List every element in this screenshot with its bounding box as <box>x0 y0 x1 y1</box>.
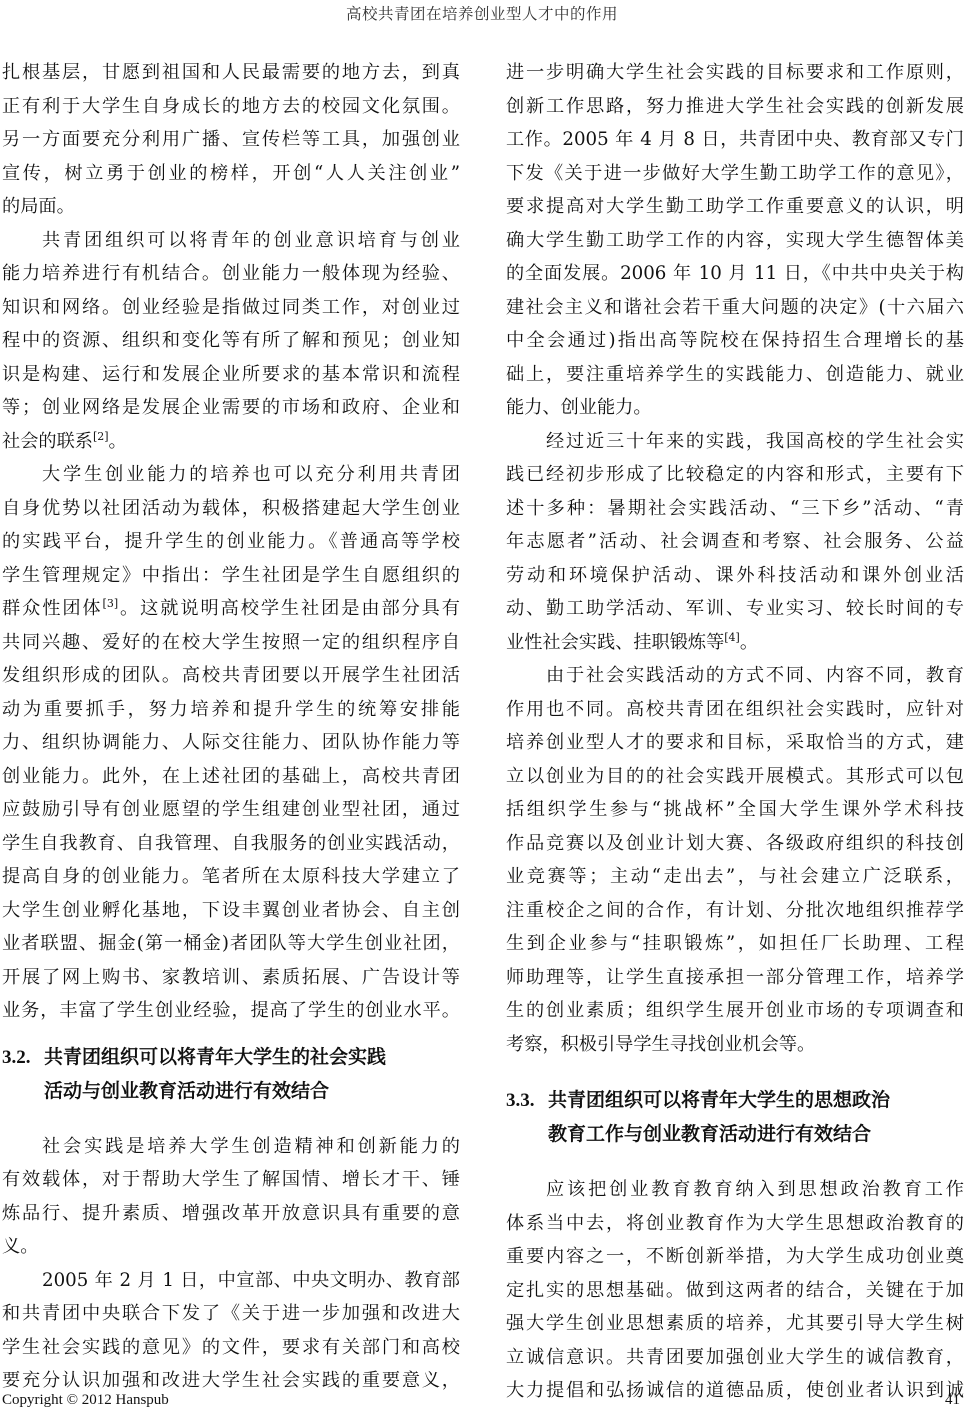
text-line: 述十多种：暑期社会实践活动、“三下乡”活动、“青 <box>506 492 964 526</box>
text-line: 和共青团中央联合下发了《关于进一步加强和改进大 <box>2 1297 460 1331</box>
text-line: 中全会通过)指出高等院校在保持招生合理增长的基 <box>506 324 964 358</box>
text-line: 年志愿者”活动、社会调查和考察、社会服务、公益 <box>506 525 964 559</box>
text-line: 础上，要注重培养学生的实践能力、创造能力、就业 <box>506 358 964 392</box>
text-line: 重要内容之一，不断创新举措，为大学生成功创业奠 <box>506 1240 964 1274</box>
text-line: 大学生创业孵化基地，下设丰翼创业者协会、自主创 <box>2 894 460 928</box>
text-line: 学生自我教育、自我管理、自我服务的创业实践活动， <box>2 827 460 861</box>
text-line: 创业能力。此外，在上述社团的基础上，高校共青团 <box>2 760 460 794</box>
text-line: 开展了网上购书、家教培训、素质拓展、广告设计等 <box>2 961 460 995</box>
text-line: 2005 年 2 月 1 日，中宣部、中央文明办、教育部 <box>2 1264 460 1298</box>
text-line: 群众性团体[3]。这就说明高校学生社团是由部分具有 <box>2 592 460 626</box>
running-header: 高校共青团在培养创业型人才中的作用 <box>0 2 964 24</box>
paragraph: 应该把创业教育教育纳入到思想政治教育工作 体系当中去，将创业教育作为大学生思想政… <box>506 1173 964 1408</box>
text-line: 括组织学生参与“挑战杯”全国大学生课外学术科技 <box>506 793 964 827</box>
heading-line: 3.3.共青团组织可以将青年大学生的思想政治 <box>506 1083 964 1117</box>
text-line: 等；创业网络是发展企业需要的市场和政府、企业和 <box>2 391 460 425</box>
text-line: 学生管理规定》中指出：学生社团是学生自愿组织的 <box>2 559 460 593</box>
text-line: 注重校企之间的合作，有计划、分批次地组织推荐学 <box>506 894 964 928</box>
text-line: 学生社会实践的意见》的文件，要求有关部门和高校 <box>2 1331 460 1365</box>
text-line: 扎根基层，甘愿到祖国和人民最需要的地方去，到真 <box>2 56 460 90</box>
text-line: 师助理等，让学生直接承担一部分管理工作，培养学 <box>506 961 964 995</box>
text-span: 社会的联系 <box>2 431 93 452</box>
text-line: 社会实践是培养大学生创造精神和创新能力的 <box>2 1130 460 1164</box>
text-line: 践已经初步形成了比较稳定的内容和形式，主要有下 <box>506 458 964 492</box>
text-line: 的实践平台，提升学生的创业能力。《普通高等学校 <box>2 525 460 559</box>
text-line: 确大学生勤工助学工作的内容，实现大学生德智体美 <box>506 224 964 258</box>
text-line: 下发《关于进一步做好大学生勤工助学工作的意见》， <box>506 157 964 191</box>
text-line: 作用也不同。高校共青团在组织社会实践时，应针对 <box>506 693 964 727</box>
text-line: 正有利于大学生自身成长的地方去的校园文化氛围。 <box>2 90 460 124</box>
text-line: 经过近三十年来的实践，我国高校的学生社会实 <box>506 425 964 459</box>
text-line: 立诚信意识。共青团要加强创业大学生的诚信教育， <box>506 1341 964 1375</box>
text-line: 力、组织协调能力、人际交往能力、团队协作能力等 <box>2 726 460 760</box>
text-line: 的局面。 <box>2 190 460 224</box>
paragraph: 共青团组织可以将青年的创业意识培育与创业 能力培养进行有机结合。创业能力一般体现… <box>2 224 460 459</box>
text-line: 共同兴趣、爱好的在校大学生按照一定的组织程序自 <box>2 626 460 660</box>
text-line: 要求提高对大学生勤工助学工作重要意义的认识，明 <box>506 190 964 224</box>
text-line: 业竞赛等；主动“走出去”，与社会建立广泛联系， <box>506 860 964 894</box>
paragraph: 扎根基层，甘愿到祖国和人民最需要的地方去，到真 正有利于大学生自身成长的地方去的… <box>2 56 460 224</box>
text-line: 立以创业为目的的社会实践开展模式。其形式可以包 <box>506 760 964 794</box>
section-title: 共青团组织可以将青年大学生的思想政治 <box>548 1089 890 1111</box>
text-line: 有效载体，对于帮助大学生了解国情、增长才干、锤 <box>2 1163 460 1197</box>
page-number: 41 <box>945 1392 960 1409</box>
text-line: 应该把创业教育教育纳入到思想政治教育工作 <box>506 1173 964 1207</box>
heading-line: 3.2.共青团组织可以将青年大学生的社会实践 <box>2 1040 460 1074</box>
text-span: 。 <box>740 632 758 653</box>
text-line: 炼品行、提升素质、增强改革开放意识具有重要的意 <box>2 1197 460 1231</box>
section-number: 3.3. <box>506 1084 548 1118</box>
text-line: 的全面发展。2006 年 10 月 11 日，《中共中央关于构 <box>506 257 964 291</box>
section-title: 共青团组织可以将青年大学生的社会实践 <box>44 1046 386 1068</box>
text-line: 建社会主义和谐社会若干重大问题的决定》(十六届六 <box>506 291 964 325</box>
text-line: 培养创业型人才的要求和目标，采取恰当的方式，建 <box>506 726 964 760</box>
citation-ref[interactable]: [2] <box>93 430 109 443</box>
text-line: 生到企业参与“挂职锻炼”，如担任厂长助理、工程 <box>506 927 964 961</box>
spacer <box>2 1028 460 1040</box>
text-line: 社会的联系[2]。 <box>2 425 460 459</box>
text-line: 共青团组织可以将青年的创业意识培育与创业 <box>2 224 460 258</box>
page-footer: Copyright © 2012 Hanspub 41 <box>2 1392 962 1409</box>
spacer <box>506 1061 964 1083</box>
section-heading-3-2: 3.2.共青团组织可以将青年大学生的社会实践 活动与创业教育活动进行有效结合 <box>2 1040 460 1108</box>
text-line: 自身优势以社团活动为载体，积极搭建起大学生创业 <box>2 492 460 526</box>
right-column: 进一步明确大学生社会实践的目标要求和工作原则， 创新工作思路，努力推进大学生社会… <box>506 56 964 1408</box>
text-line: 动、勤工助学活动、军训、专业实习、较长时间的专 <box>506 592 964 626</box>
text-line: 大学生创业能力的培养也可以充分利用共青团 <box>2 458 460 492</box>
text-span: 。这就说明高校学生社团是由部分具有 <box>118 598 460 619</box>
paragraph: 2005 年 2 月 1 日，中宣部、中央文明办、教育部 和共青团中央联合下发了… <box>2 1264 460 1398</box>
text-line: 由于社会实践活动的方式不同、内容不同，教育 <box>506 659 964 693</box>
copyright-notice: Copyright © 2012 Hanspub <box>2 1392 169 1408</box>
spacer <box>2 1108 460 1130</box>
text-line: 宣传，树立勇于创业的榜样，开创“人人关注创业” <box>2 157 460 191</box>
text-line: 提高自身的创业能力。笔者所在太原科技大学建立了 <box>2 860 460 894</box>
text-line: 程中的资源、组织和变化等有所了解和预见；创业知 <box>2 324 460 358</box>
text-line: 能力、创业能力。 <box>506 391 964 425</box>
spacer <box>506 1151 964 1173</box>
text-line: 考察，积极引导学生寻找创业机会等。 <box>506 1028 964 1062</box>
text-line: 另一方面要充分利用广播、宣传栏等工具，加强创业 <box>2 123 460 157</box>
text-span: 群众性团体 <box>2 598 103 619</box>
text-line: 识是构建、运行和发展企业所要求的基本常识和流程 <box>2 358 460 392</box>
citation-ref[interactable]: [3] <box>103 597 119 610</box>
paragraph: 进一步明确大学生社会实践的目标要求和工作原则， 创新工作思路，努力推进大学生社会… <box>506 56 964 425</box>
text-line: 知识和网络。创业经验是指做过同类工作，对创业过 <box>2 291 460 325</box>
paragraph: 大学生创业能力的培养也可以充分利用共青团 自身优势以社团活动为载体，积极搭建起大… <box>2 458 460 1028</box>
text-line: 进一步明确大学生社会实践的目标要求和工作原则， <box>506 56 964 90</box>
text-line: 工作。2005 年 4 月 8 日，共青团中央、教育部又专门 <box>506 123 964 157</box>
text-line: 动为重要抓手，努力培养和提升学生的统筹安排能 <box>2 693 460 727</box>
text-span: 。 <box>109 431 127 452</box>
text-line: 体系当中去，将创业教育作为大学生思想政治教育的 <box>506 1207 964 1241</box>
text-line: 业性社会实践、挂职锻炼等[4]。 <box>506 626 964 660</box>
section-number: 3.2. <box>2 1041 44 1075</box>
text-line: 义。 <box>2 1230 460 1264</box>
paragraph: 经过近三十年来的实践，我国高校的学生社会实 践已经初步形成了比较稳定的内容和形式… <box>506 425 964 660</box>
text-line: 应鼓励引导有创业愿望的学生组建创业型社团，通过 <box>2 793 460 827</box>
text-line: 发组织形成的团队。高校共青团要以开展学生社团活 <box>2 659 460 693</box>
text-line: 作品竞赛以及创业计划大赛、各级政府组织的科技创 <box>506 827 964 861</box>
text-line: 劳动和环境保护活动、课外科技活动和课外创业活 <box>506 559 964 593</box>
section-heading-3-3: 3.3.共青团组织可以将青年大学生的思想政治 教育工作与创业教育活动进行有效结合 <box>506 1083 964 1151</box>
citation-ref[interactable]: [4] <box>724 631 740 644</box>
heading-line: 活动与创业教育活动进行有效结合 <box>2 1074 460 1108</box>
text-line: 业者联盟、掘金(第一桶金)者团队等大学生创业社团， <box>2 927 460 961</box>
text-line: 业务，丰富了学生创业经验，提高了学生的创业水平。 <box>2 994 460 1028</box>
paragraph: 社会实践是培养大学生创造精神和创新能力的 有效载体，对于帮助大学生了解国情、增长… <box>2 1130 460 1264</box>
heading-line: 教育工作与创业教育活动进行有效结合 <box>506 1117 964 1151</box>
text-line: 生的创业素质；组织学生展开创业市场的专项调查和 <box>506 994 964 1028</box>
text-line: 能力培养进行有机结合。创业能力一般体现为经验、 <box>2 257 460 291</box>
text-line: 强大学生创业思想素质的培养，尤其要引导大学生树 <box>506 1307 964 1341</box>
text-line: 定扎实的思想基础。做到这两者的结合，关键在于加 <box>506 1274 964 1308</box>
left-column: 扎根基层，甘愿到祖国和人民最需要的地方去，到真 正有利于大学生自身成长的地方去的… <box>2 56 460 1398</box>
text-span: 业性社会实践、挂职锻炼等 <box>506 632 724 653</box>
paragraph: 由于社会实践活动的方式不同、内容不同，教育 作用也不同。高校共青团在组织社会实践… <box>506 659 964 1061</box>
text-line: 创新工作思路，努力推进大学生社会实践的创新发展 <box>506 90 964 124</box>
